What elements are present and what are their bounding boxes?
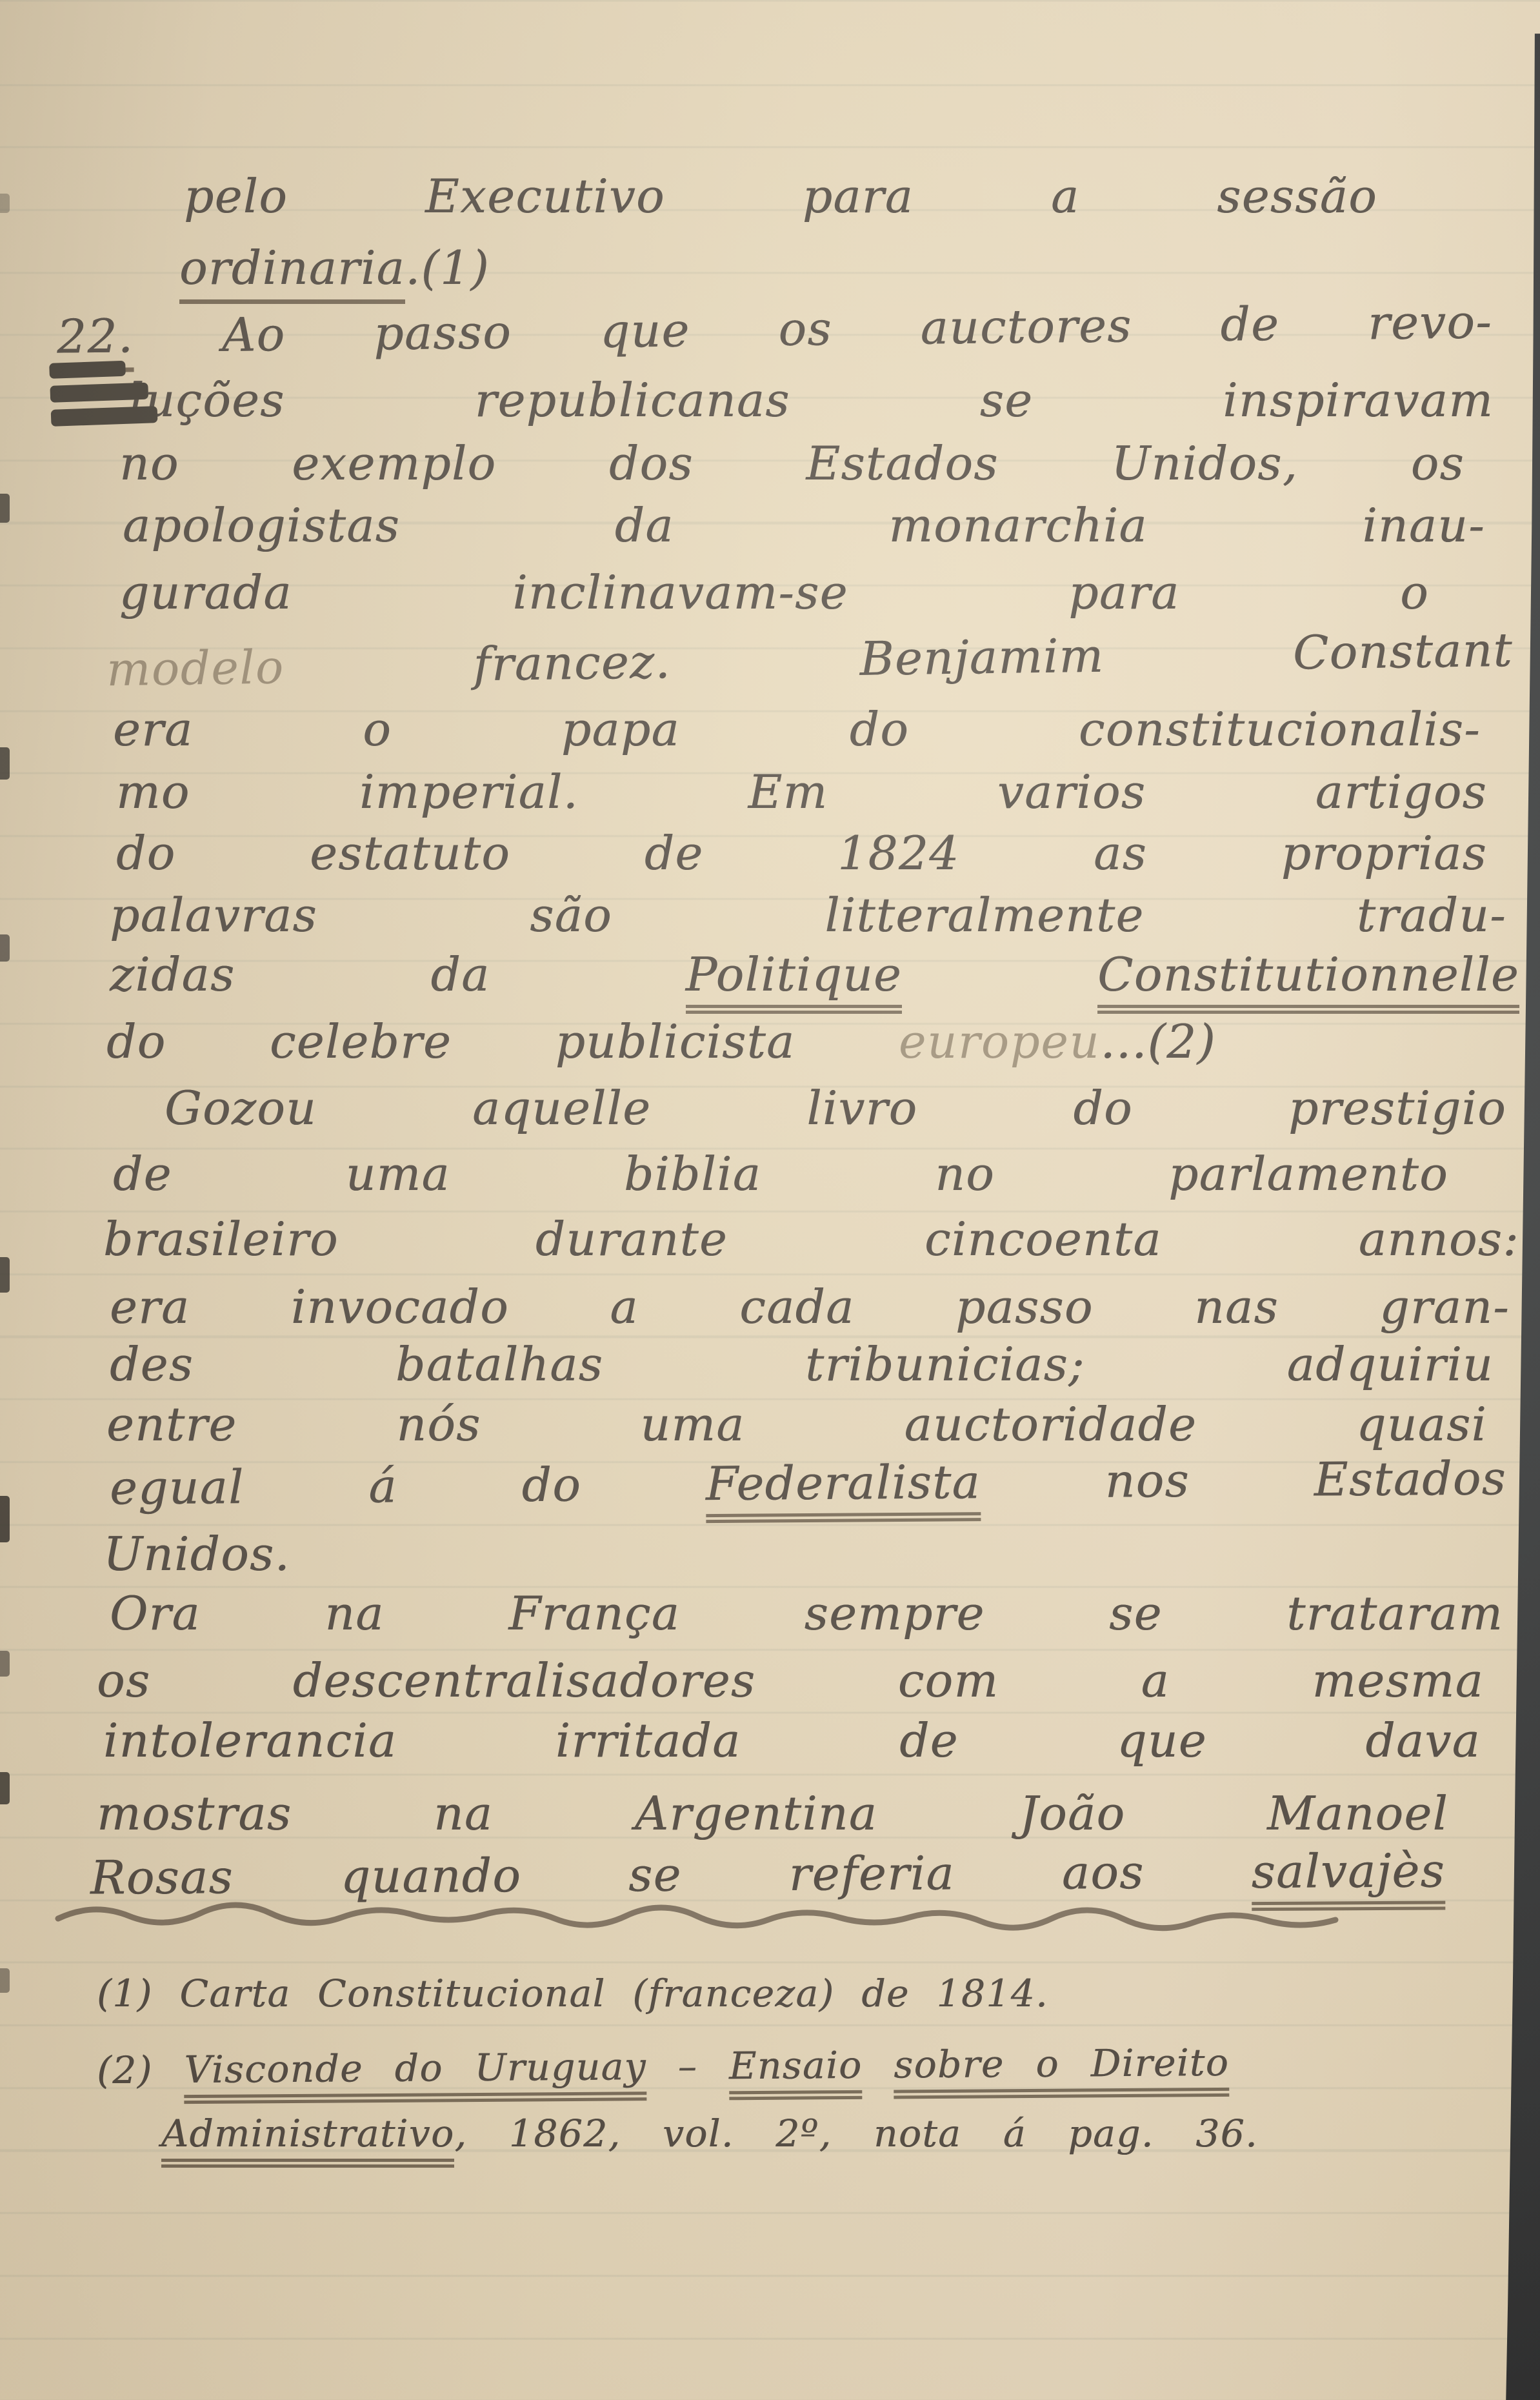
text-segment: modelo <box>106 637 474 696</box>
text-segment: ordinaria <box>179 241 405 304</box>
section-divider-squiggle <box>55 1897 1339 1936</box>
text-segment: Ao passo que os auctores de revo- <box>134 294 1493 363</box>
text-segment: nos Estados <box>981 1451 1507 1509</box>
text-segment: zidas da <box>110 947 686 1002</box>
text-segment: era invocado a cada passo nas gran- <box>110 1280 1510 1334</box>
text-segment: ...(2) <box>1100 1014 1216 1069</box>
emphasis-stroke <box>51 406 158 427</box>
handwritten-line: era invocado a cada passo nas gran- <box>110 1280 1510 1334</box>
handwritten-line: mostras na Argentina João Manoel <box>97 1786 1448 1840</box>
text-segment: europeu <box>899 1014 1100 1069</box>
text-segment: no exemplo dos Estados Unidos, os <box>119 436 1465 490</box>
text-segment: sobre o Direito <box>894 2041 1229 2099</box>
text-segment: intolerancia irritada de que dava <box>103 1713 1481 1768</box>
emphasis-stroke <box>49 361 126 379</box>
emphasis-stroke <box>50 383 148 403</box>
text-segment: palavras são litteralmente tradu- <box>110 888 1506 942</box>
text-segment: Unidos. <box>103 1527 290 1581</box>
handwritten-line: apologistas da monarchia inau- <box>123 498 1485 552</box>
handwritten-line: Administrativo, 1862, vol. 2º, nota á pa… <box>161 2112 1258 2155</box>
handwritten-line: gurada inclinavam-se para o <box>119 565 1429 620</box>
handwritten-line: ordinaria.(1) <box>179 241 490 295</box>
text-segment: (2) <box>97 2048 185 2092</box>
text-segment: apologistas da monarchia inau- <box>123 498 1485 552</box>
text-segment: de uma biblia no parlamento <box>113 1147 1448 1201</box>
handwritten-line: entre nós uma auctoridade quasi <box>106 1397 1487 1451</box>
handwritten-line: brasileiro durante cincoenta annos: <box>103 1212 1519 1266</box>
paragraph-number-emphasis-strokes <box>49 359 158 434</box>
text-segment: gurada inclinavam-se para o <box>119 565 1429 620</box>
text-segment: os descentralisadores com a mesma <box>97 1653 1484 1708</box>
handwritten-line: Ora na França sempre se trataram <box>110 1586 1503 1640</box>
text-segment: – <box>646 2044 730 2088</box>
binding-mark <box>0 934 10 962</box>
binding-mark <box>0 1968 10 1993</box>
handwritten-line: pelo Executivo para a sessão <box>184 169 1377 223</box>
handwritten-line: do celebre publicista europeu...(2) <box>106 1014 1216 1069</box>
text-segment <box>902 947 1097 1002</box>
text-segment: Politique <box>686 947 902 1014</box>
handwritten-line: do estatuto de 1824 as proprias <box>116 826 1487 880</box>
text-segment: francez. Benjamim Constant <box>473 623 1513 691</box>
handwritten-line: des batalhas tribunicias; adquiriu <box>110 1337 1494 1391</box>
text-segment: Ensaio <box>729 2043 863 2100</box>
text-segment: Constitutionnelle <box>1097 947 1519 1014</box>
text-segment: do celebre publicista <box>106 1014 899 1069</box>
text-segment: luções republicanas se inspiravam <box>129 373 1494 427</box>
text-segment: Gozou aquelle livro do prestigio <box>165 1081 1506 1135</box>
text-segment: era o papa do constitucionalis- <box>113 702 1481 756</box>
text-segment: egual á do <box>110 1457 706 1515</box>
binding-mark <box>0 1257 10 1293</box>
text-segment: Rosas quando se referia aos <box>90 1844 1252 1904</box>
handwritten-line: de uma biblia no parlamento <box>113 1147 1448 1201</box>
handwritten-line: intolerancia irritada de que dava <box>103 1713 1481 1768</box>
text-segment: mo imperial. Em varios artigos <box>116 765 1487 819</box>
binding-mark <box>0 494 10 523</box>
squiggle-path <box>58 1905 1335 1928</box>
text-segment: .(1) <box>405 241 490 295</box>
handwritten-line: Unidos. <box>103 1527 290 1581</box>
text-segment: Ora na França sempre se trataram <box>110 1586 1503 1640</box>
handwritten-line: (1) Carta Constitucional (franceza) de 1… <box>97 1971 1048 2015</box>
handwritten-line: zidas da Politique Constitutionnelle <box>110 947 1519 1002</box>
handwritten-line: luções republicanas se inspiravam <box>129 373 1494 427</box>
text-segment <box>862 2043 894 2087</box>
handwritten-line: Gozou aquelle livro do prestigio <box>165 1081 1506 1135</box>
text-segment: brasileiro durante cincoenta annos: <box>103 1212 1519 1266</box>
binding-mark <box>0 1496 10 1542</box>
handwritten-line: mo imperial. Em varios artigos <box>116 765 1487 819</box>
text-segment: (1) Carta Constitucional (franceza) de 1… <box>97 1971 1048 2015</box>
handwritten-line: 22. Ao passo que os auctores de revo- <box>57 294 1493 363</box>
handwritten-line: (2) Visconde do Uruguay – Ensaio sobre o… <box>97 2041 1229 2092</box>
handwritten-line: modelo francez. Benjamim Constant <box>106 623 1514 696</box>
handwritten-line: era o papa do constitucionalis- <box>113 702 1481 756</box>
handwritten-line: Rosas quando se referia aos salvajès <box>90 1844 1445 1905</box>
handwritten-line: no exemplo dos Estados Unidos, os <box>119 436 1465 490</box>
text-segment: Administrativo <box>161 2112 454 2168</box>
binding-mark <box>0 194 10 213</box>
handwritten-line: palavras são litteralmente tradu- <box>110 888 1506 942</box>
text-segment: , 1862, vol. 2º, nota á pag. 36. <box>454 2112 1258 2155</box>
text-segment: Visconde do Uruguay <box>184 2044 646 2104</box>
text-segment: mostras na Argentina João Manoel <box>97 1786 1448 1840</box>
handwriting-layer: pelo Executivo para a sessãoordinaria.(1… <box>0 0 1540 2400</box>
text-segment: des batalhas tribunicias; adquiriu <box>110 1337 1494 1391</box>
handwritten-line: os descentralisadores com a mesma <box>97 1653 1484 1708</box>
manuscript-page: pelo Executivo para a sessãoordinaria.(1… <box>0 0 1540 2400</box>
binding-mark <box>0 747 10 780</box>
text-segment: pelo Executivo para a sessão <box>184 169 1377 223</box>
binding-mark <box>0 1772 10 1804</box>
handwritten-line: egual á do Federalista nos Estados <box>110 1451 1507 1515</box>
text-segment: Federalista <box>706 1455 981 1523</box>
binding-mark <box>0 1651 10 1677</box>
text-segment: entre nós uma auctoridade quasi <box>106 1397 1487 1451</box>
text-segment: do estatuto de 1824 as proprias <box>116 826 1487 880</box>
